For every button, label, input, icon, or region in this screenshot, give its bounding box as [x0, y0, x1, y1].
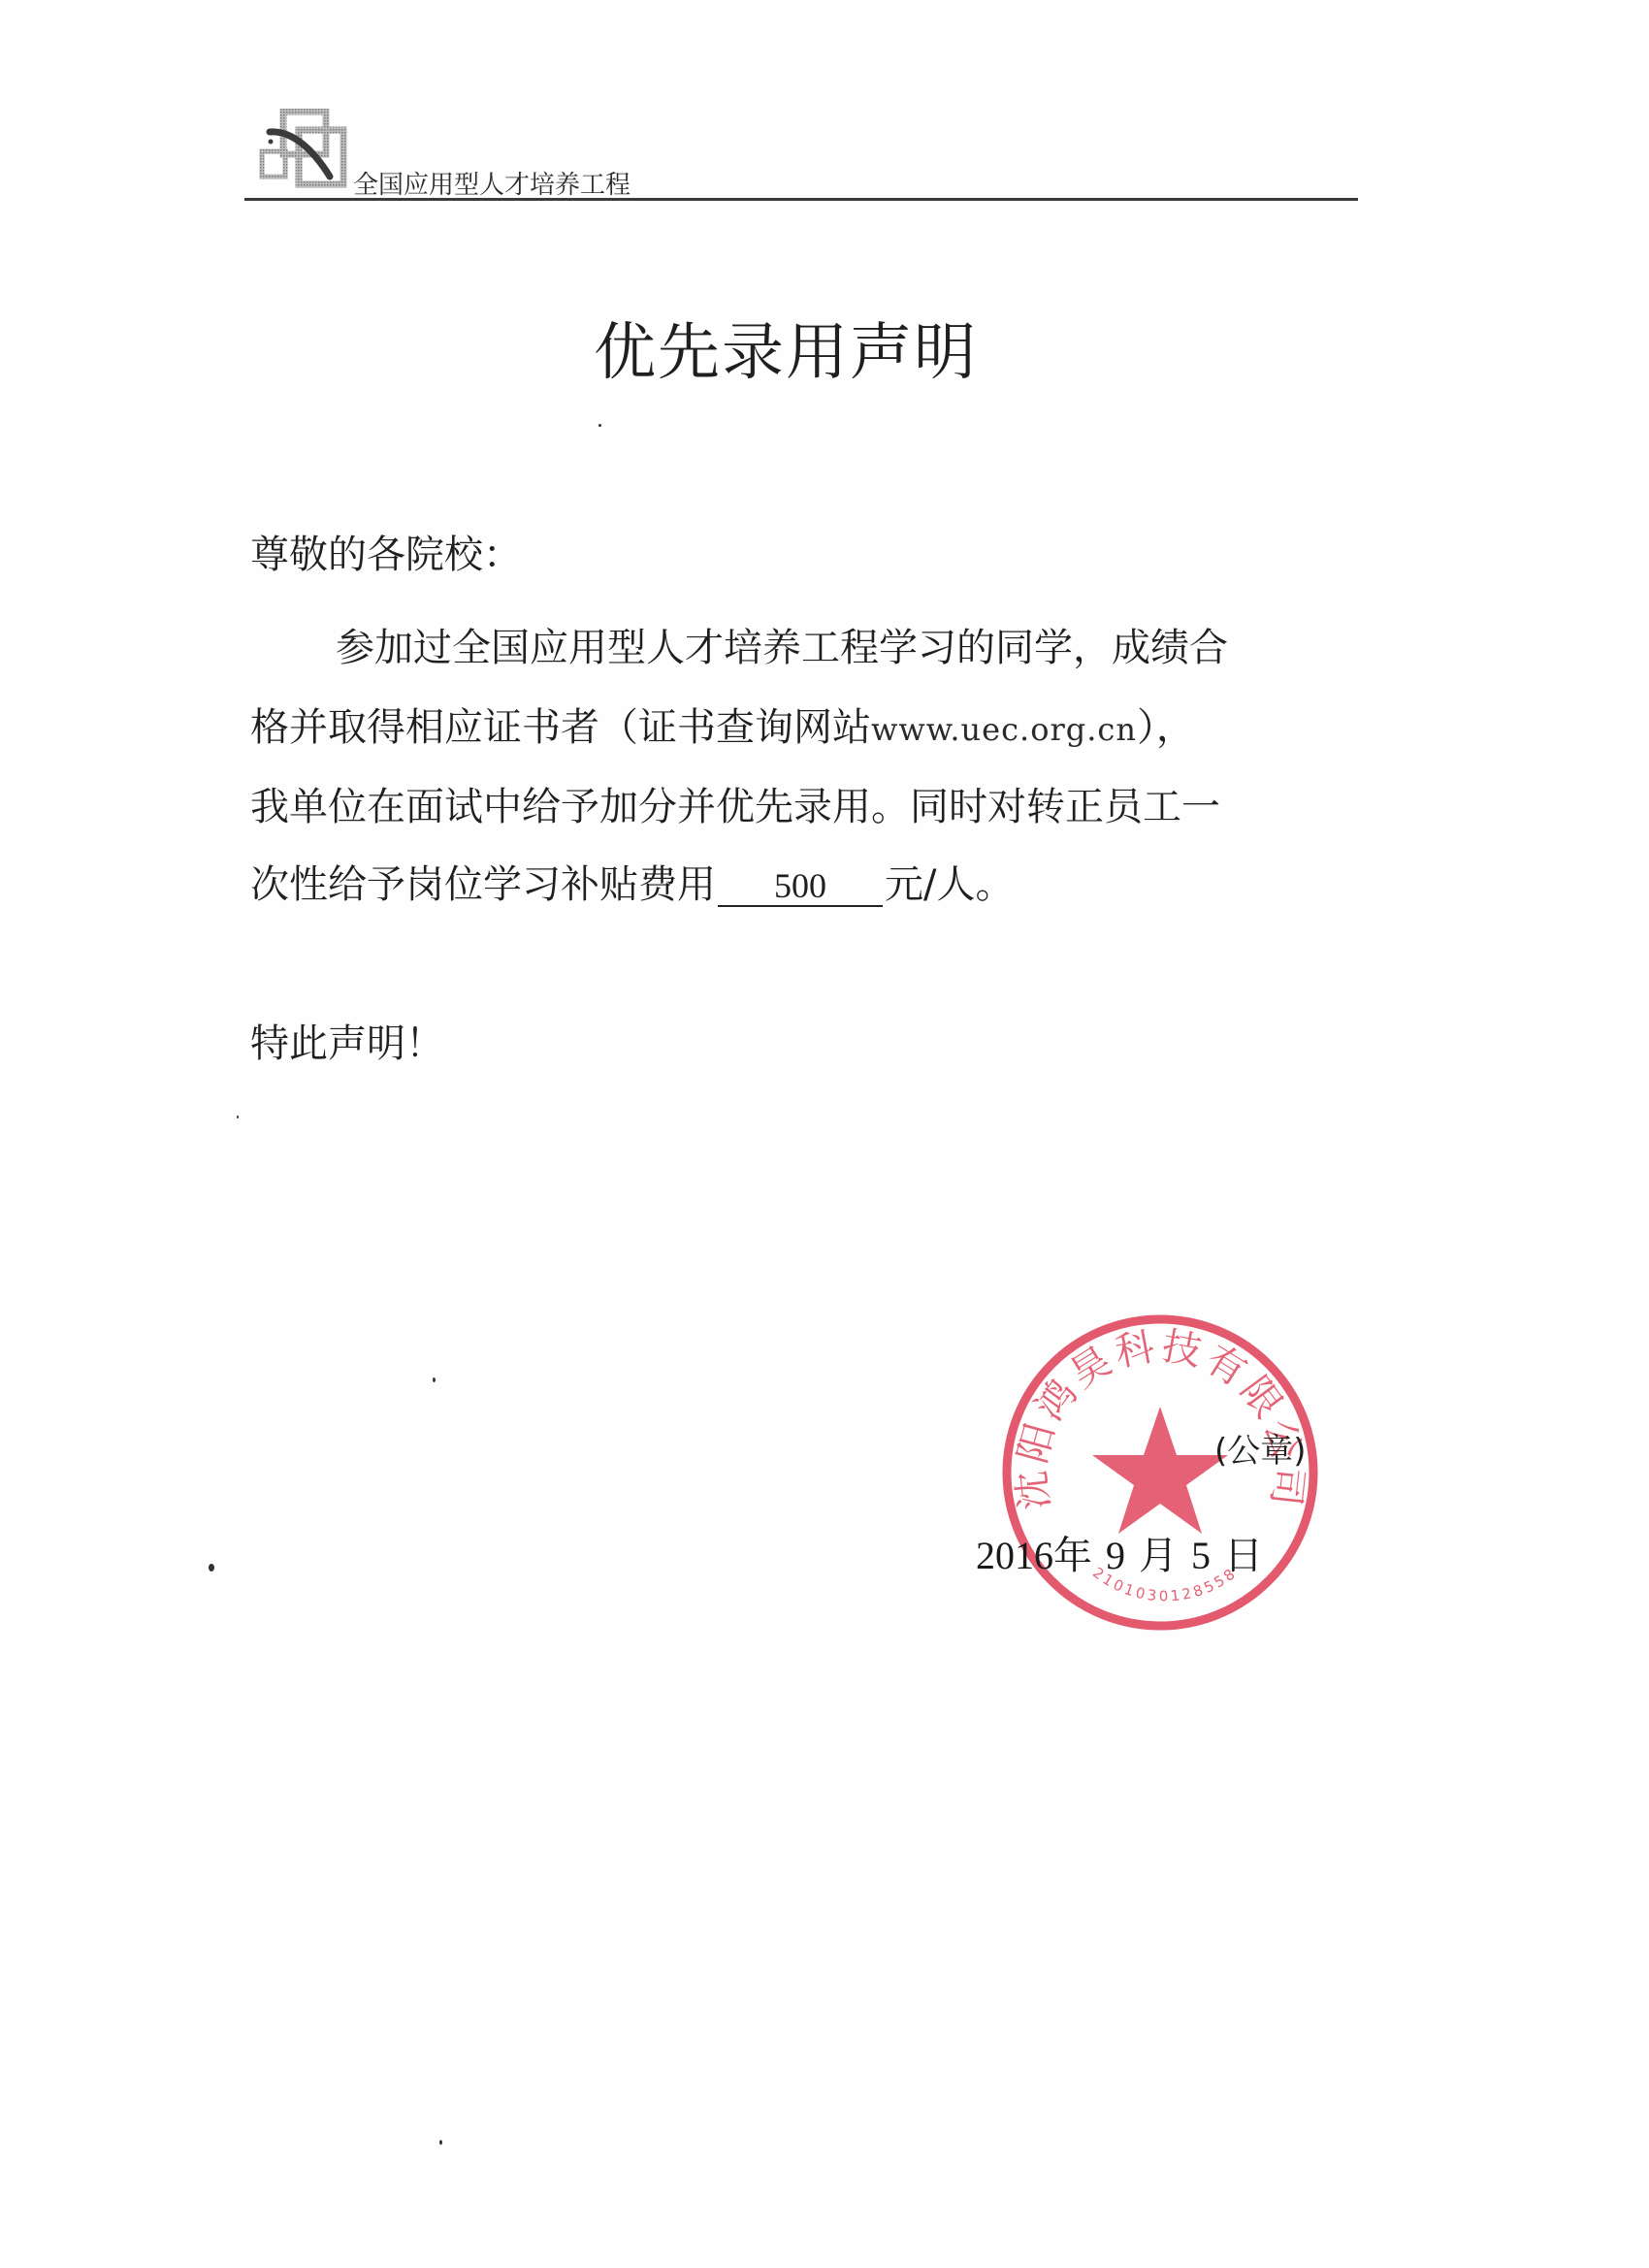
scan-speck: [209, 1564, 214, 1571]
document-page: 全国应用型人才培养工程 优先录用声明 尊敬的各院校： 参加过全国应用型人才培养工…: [0, 0, 1649, 2268]
body-line-4: 次性给予岗位学习补贴费用500元/人。: [250, 854, 1014, 909]
scan-speck: [237, 1116, 239, 1118]
body-line-4-suffix: 元/人。: [885, 862, 1014, 907]
date-month-char: 月: [1139, 1534, 1178, 1578]
document-date: 2016年9月5日: [976, 1525, 1263, 1580]
date-year: 2016: [976, 1534, 1053, 1577]
closing-statement: 特此声明！: [250, 1013, 444, 1068]
body-line-2: 格并取得相应证书者（证书查询网站www.uec.org.cn），: [250, 697, 1195, 752]
scan-speck: [439, 2140, 442, 2145]
company-seal: 沈阳鸿昊科技有限公司 2101030128558: [999, 1312, 1321, 1634]
scan-speck: [433, 1377, 436, 1382]
date-year-char: 年: [1053, 1534, 1092, 1578]
date-day: 5: [1191, 1534, 1211, 1577]
salutation: 尊敬的各院校：: [250, 524, 522, 579]
body-line-1: 参加过全国应用型人才培养工程学习的同学，成绩合: [336, 617, 1228, 672]
star-icon: [1092, 1407, 1228, 1534]
body-line-2-suffix: ），: [1137, 705, 1195, 750]
body-line-2-prefix: 格并取得相应证书者（证书查询网站: [250, 705, 871, 750]
document-title: 优先录用声明: [594, 303, 978, 392]
header-divider: [244, 198, 1358, 201]
date-month: 9: [1106, 1534, 1125, 1577]
body-line-3: 我单位在面试中给予加分并优先录用。同时对转正员工一: [250, 776, 1220, 831]
seal-note: (公章): [1214, 1424, 1307, 1472]
body-line-4-prefix: 次性给予岗位学习补贴费用: [250, 862, 716, 907]
program-logo-icon: [254, 109, 347, 188]
date-day-char: 日: [1224, 1534, 1263, 1578]
subsidy-amount: 500: [718, 866, 883, 907]
certificate-query-url: www.uec.org.cn: [871, 711, 1137, 748]
program-name: 全国应用型人才培养工程: [353, 165, 630, 201]
scan-speck: [598, 424, 601, 427]
